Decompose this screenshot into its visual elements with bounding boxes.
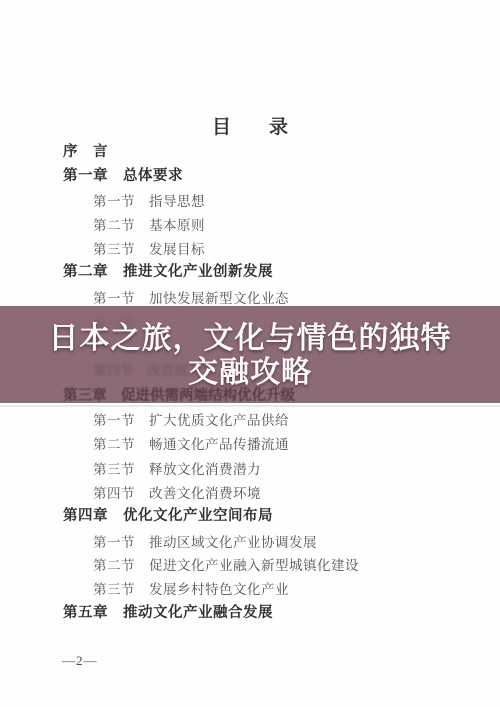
toc-entry-ch1-sec2: 第二节 基本原则 — [93, 217, 205, 234]
toc-entry-ch2-sec1: 第一节 加快发展新型文化业态 — [93, 290, 289, 307]
toc-entry-ch4-sec1: 第一节 推动区域文化产业协调发展 — [93, 534, 317, 551]
toc-entry-ch4-sec2: 第二节 促进文化产业融入新型城镇化建设 — [93, 557, 359, 574]
toc-entry-ch3-sec2: 第二节 畅通文化产品传播流通 — [93, 436, 289, 453]
toc-entry-chapter-2: 第二章 推进文化产业创新发展 — [63, 264, 273, 281]
toc-entry-ch3-sec1: 第一节 扩大优质文化产品供给 — [93, 412, 289, 429]
toc-entry-ch1-sec3: 第三节 发展目标 — [93, 241, 205, 258]
banner-underline — [0, 405, 500, 407]
toc-entry-ch3-sec4: 第四节 改善文化消费环境 — [93, 485, 261, 502]
overlay-title-line2: 交融攻略 — [0, 347, 500, 391]
toc-title: 目 录 — [0, 112, 500, 139]
toc-entry-chapter-5: 第五章 推动文化产业融合发展 — [63, 605, 273, 622]
toc-entry-chapter-1: 第一章 总体要求 — [63, 168, 183, 185]
toc-page: 目 录 序 言 第一章 总体要求 第一节 指导思想 第二节 基本原则 第三节 发… — [0, 0, 500, 707]
toc-entry-ch3-sec3: 第三节 释放文化消费潜力 — [93, 461, 261, 478]
toc-entry-chapter-4: 第四章 优化文化产业空间布局 — [63, 508, 273, 525]
page-number: —2— — [62, 653, 98, 669]
toc-entry-ch1-sec1: 第一节 指导思想 — [93, 193, 205, 210]
overlay-banner: 第二节 第四节 改进创 第三章 促进供需两端结构优化升级 日本之旅，文化与情色的… — [0, 306, 500, 403]
toc-entry-preface: 序 言 — [63, 144, 108, 161]
toc-entry-ch4-sec3: 第三节 发展乡村特色文化产业 — [93, 581, 289, 598]
